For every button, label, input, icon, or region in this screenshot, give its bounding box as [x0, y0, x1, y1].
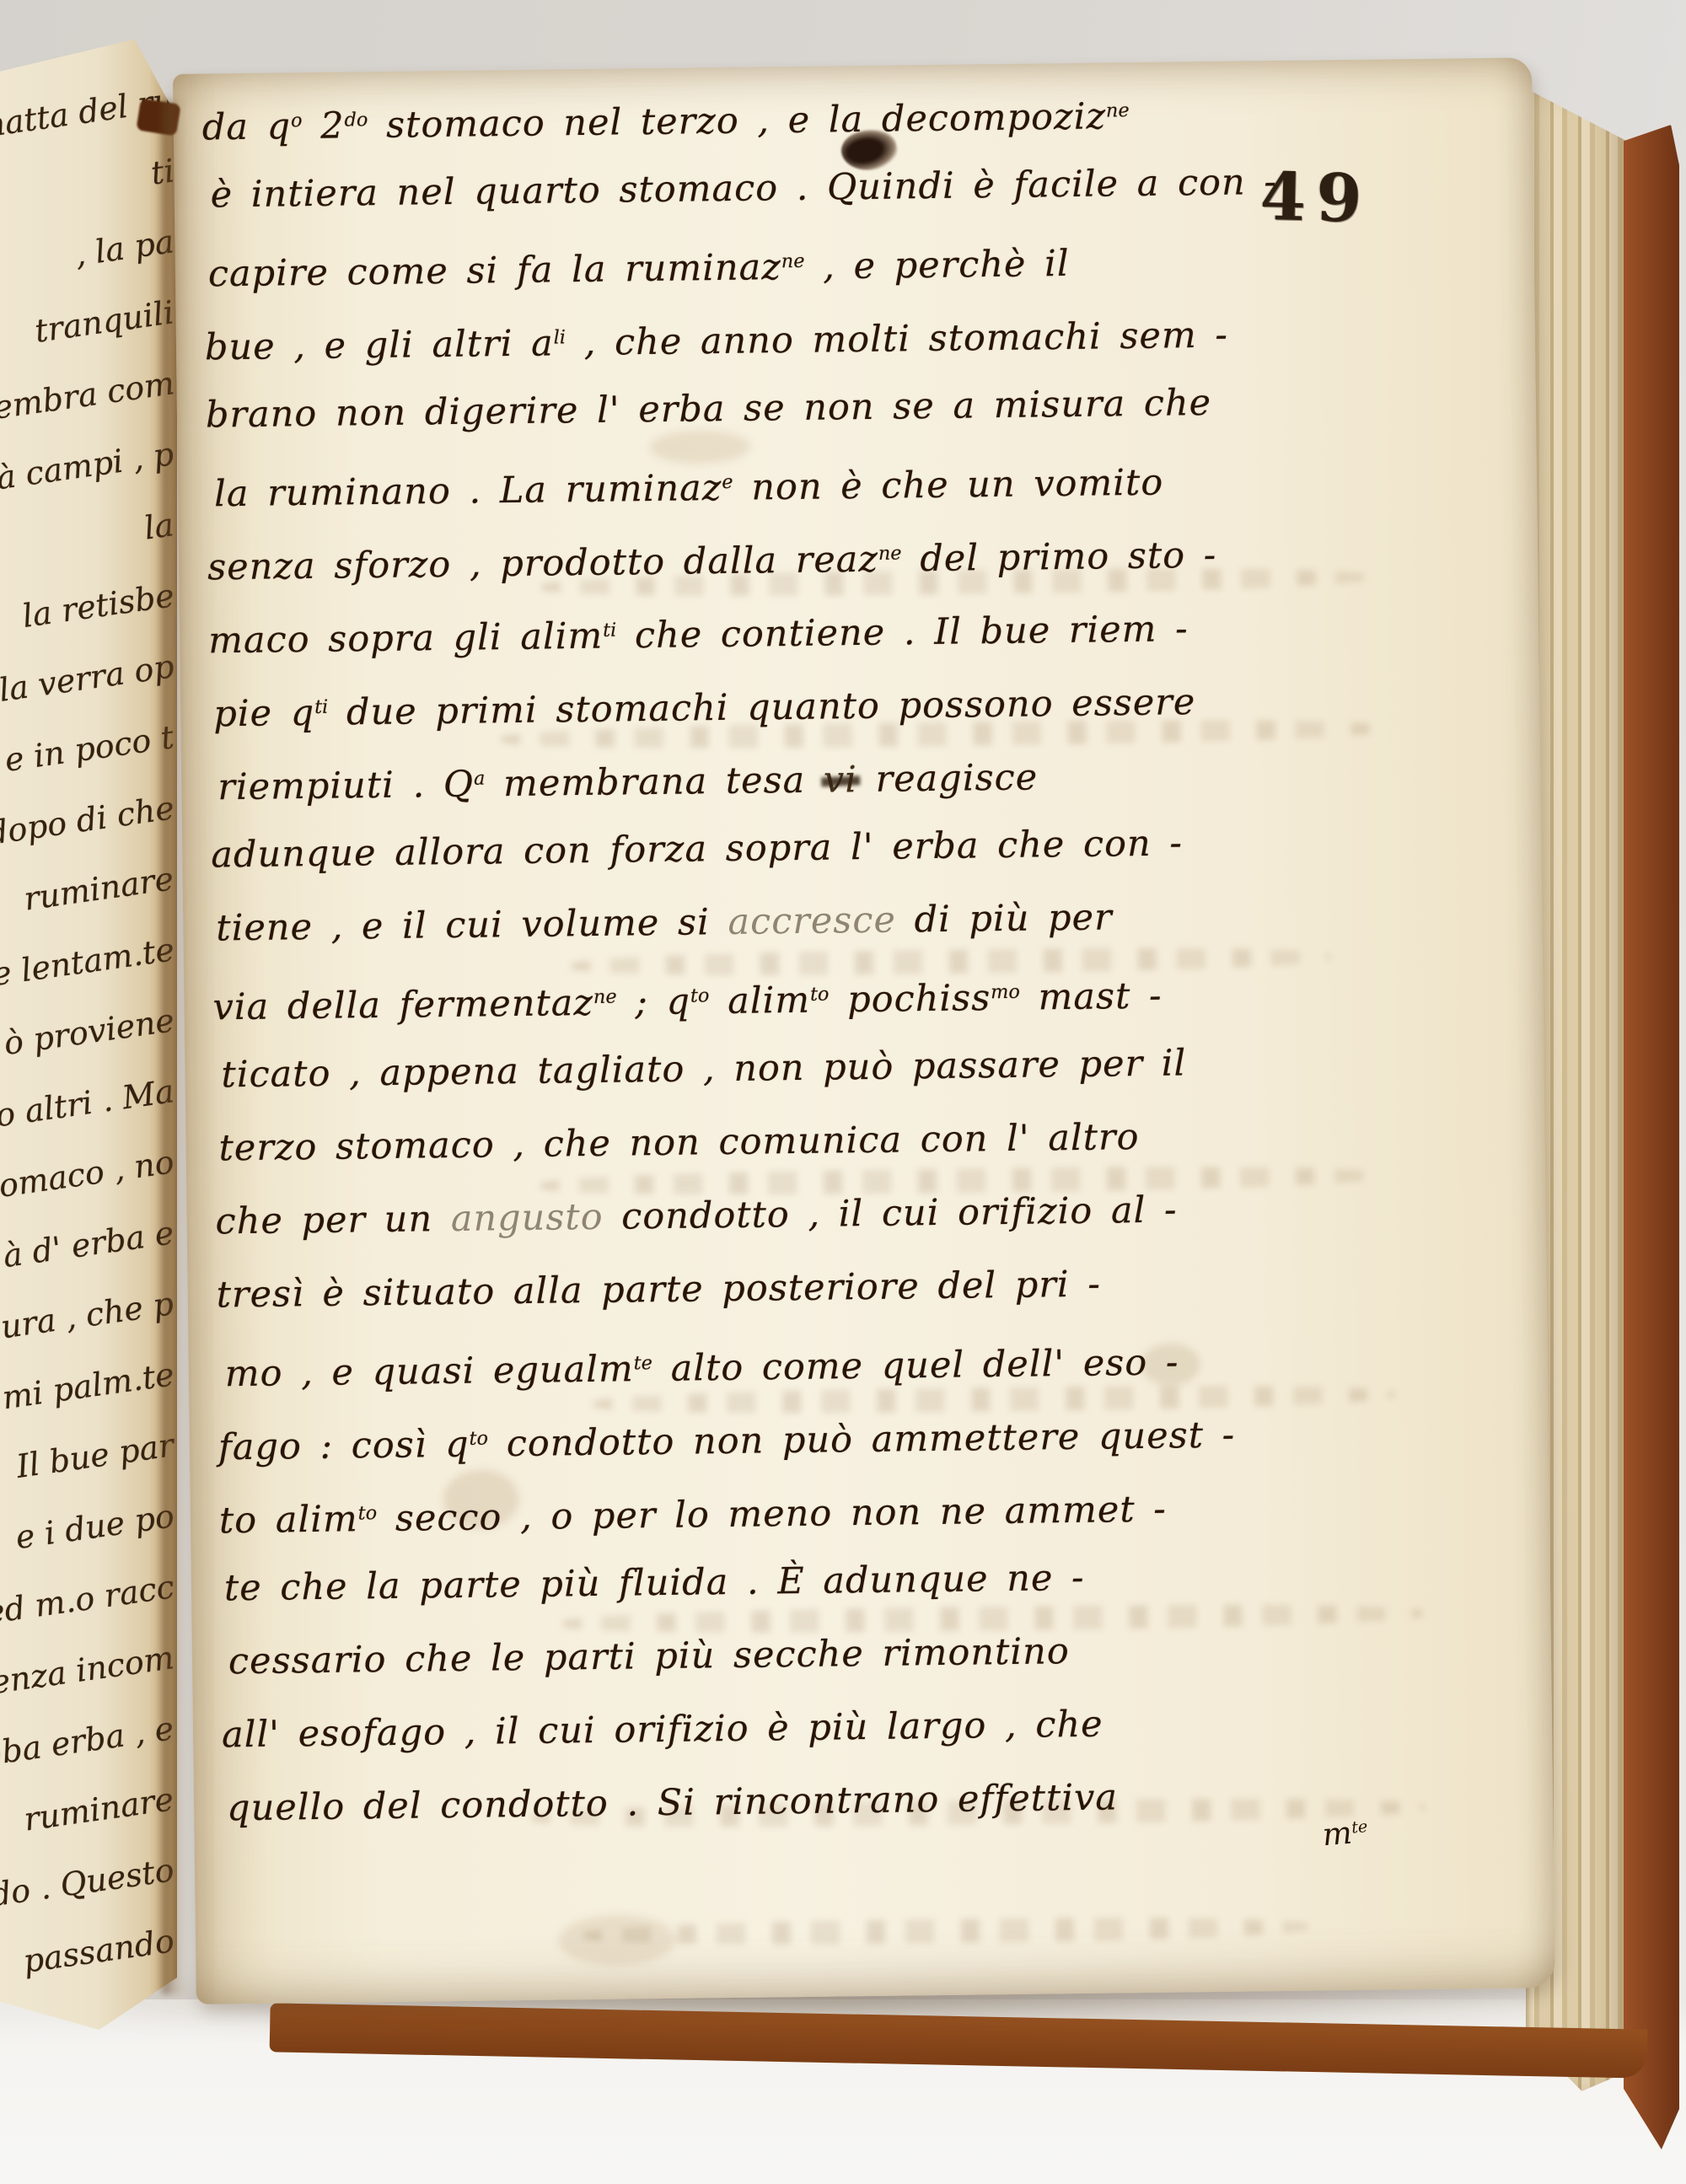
leather-cover-right	[1624, 125, 1679, 2149]
left-page-fragment: stomaco , no	[0, 1143, 176, 1209]
left-page-fragment: dopo di che	[0, 789, 176, 852]
catchword: mte	[1321, 1813, 1370, 1853]
ink-show-through	[583, 1915, 1308, 1948]
left-page-fragment: e in poco t	[3, 718, 176, 779]
gutter-crease	[162, 99, 187, 1994]
left-page-fragment: bba erba , e	[0, 1709, 176, 1773]
left-page-fragment: mi palm.te	[0, 1355, 176, 1416]
left-page-fragment: ruminare	[22, 1780, 176, 1838]
manuscript-lines: da qo 2do stomaco nel terzo , e la decom…	[201, 70, 1533, 1846]
left-page-fragment: Il bue par	[14, 1426, 176, 1485]
left-page-fragment: tranquili	[33, 293, 176, 350]
left-page-fragment: ruminare	[22, 860, 176, 917]
left-page-fragment: e lentam.te	[0, 931, 176, 993]
paper-stain	[558, 1914, 677, 1967]
photo-backdrop: matta del ruti, la patranquilisembra com…	[0, 0, 1686, 2184]
left-page-fragment: sembra com	[0, 364, 176, 428]
left-page-fragment: e i due po	[13, 1497, 176, 1556]
left-page-fragment: odo . Questo	[0, 1851, 176, 1916]
left-page-fragment: la verra op	[0, 647, 176, 709]
left-page-fragment: à campi , p	[0, 435, 176, 496]
left-page-fragment: o altri . Ma	[0, 1072, 176, 1134]
left-page-fragment: senza incom	[0, 1639, 176, 1704]
left-page-fragment: la retisbe	[19, 577, 176, 635]
left-page-fragment: passando	[20, 1922, 176, 1980]
left-page-fragment: à d' erba e	[1, 1214, 176, 1274]
manuscript-page: 49 da qo 2do stomaco nel terzo , e la de…	[173, 57, 1555, 2004]
left-page-fragment: ed m.o racc	[0, 1568, 176, 1631]
left-page-fragment: ò proviene	[2, 1001, 177, 1062]
left-page-fragment: , la pa	[72, 223, 176, 273]
left-page-fragment: dura , che p	[0, 1285, 176, 1349]
left-page-sliver: matta del ruti, la patranquilisembra com…	[0, 25, 177, 2030]
